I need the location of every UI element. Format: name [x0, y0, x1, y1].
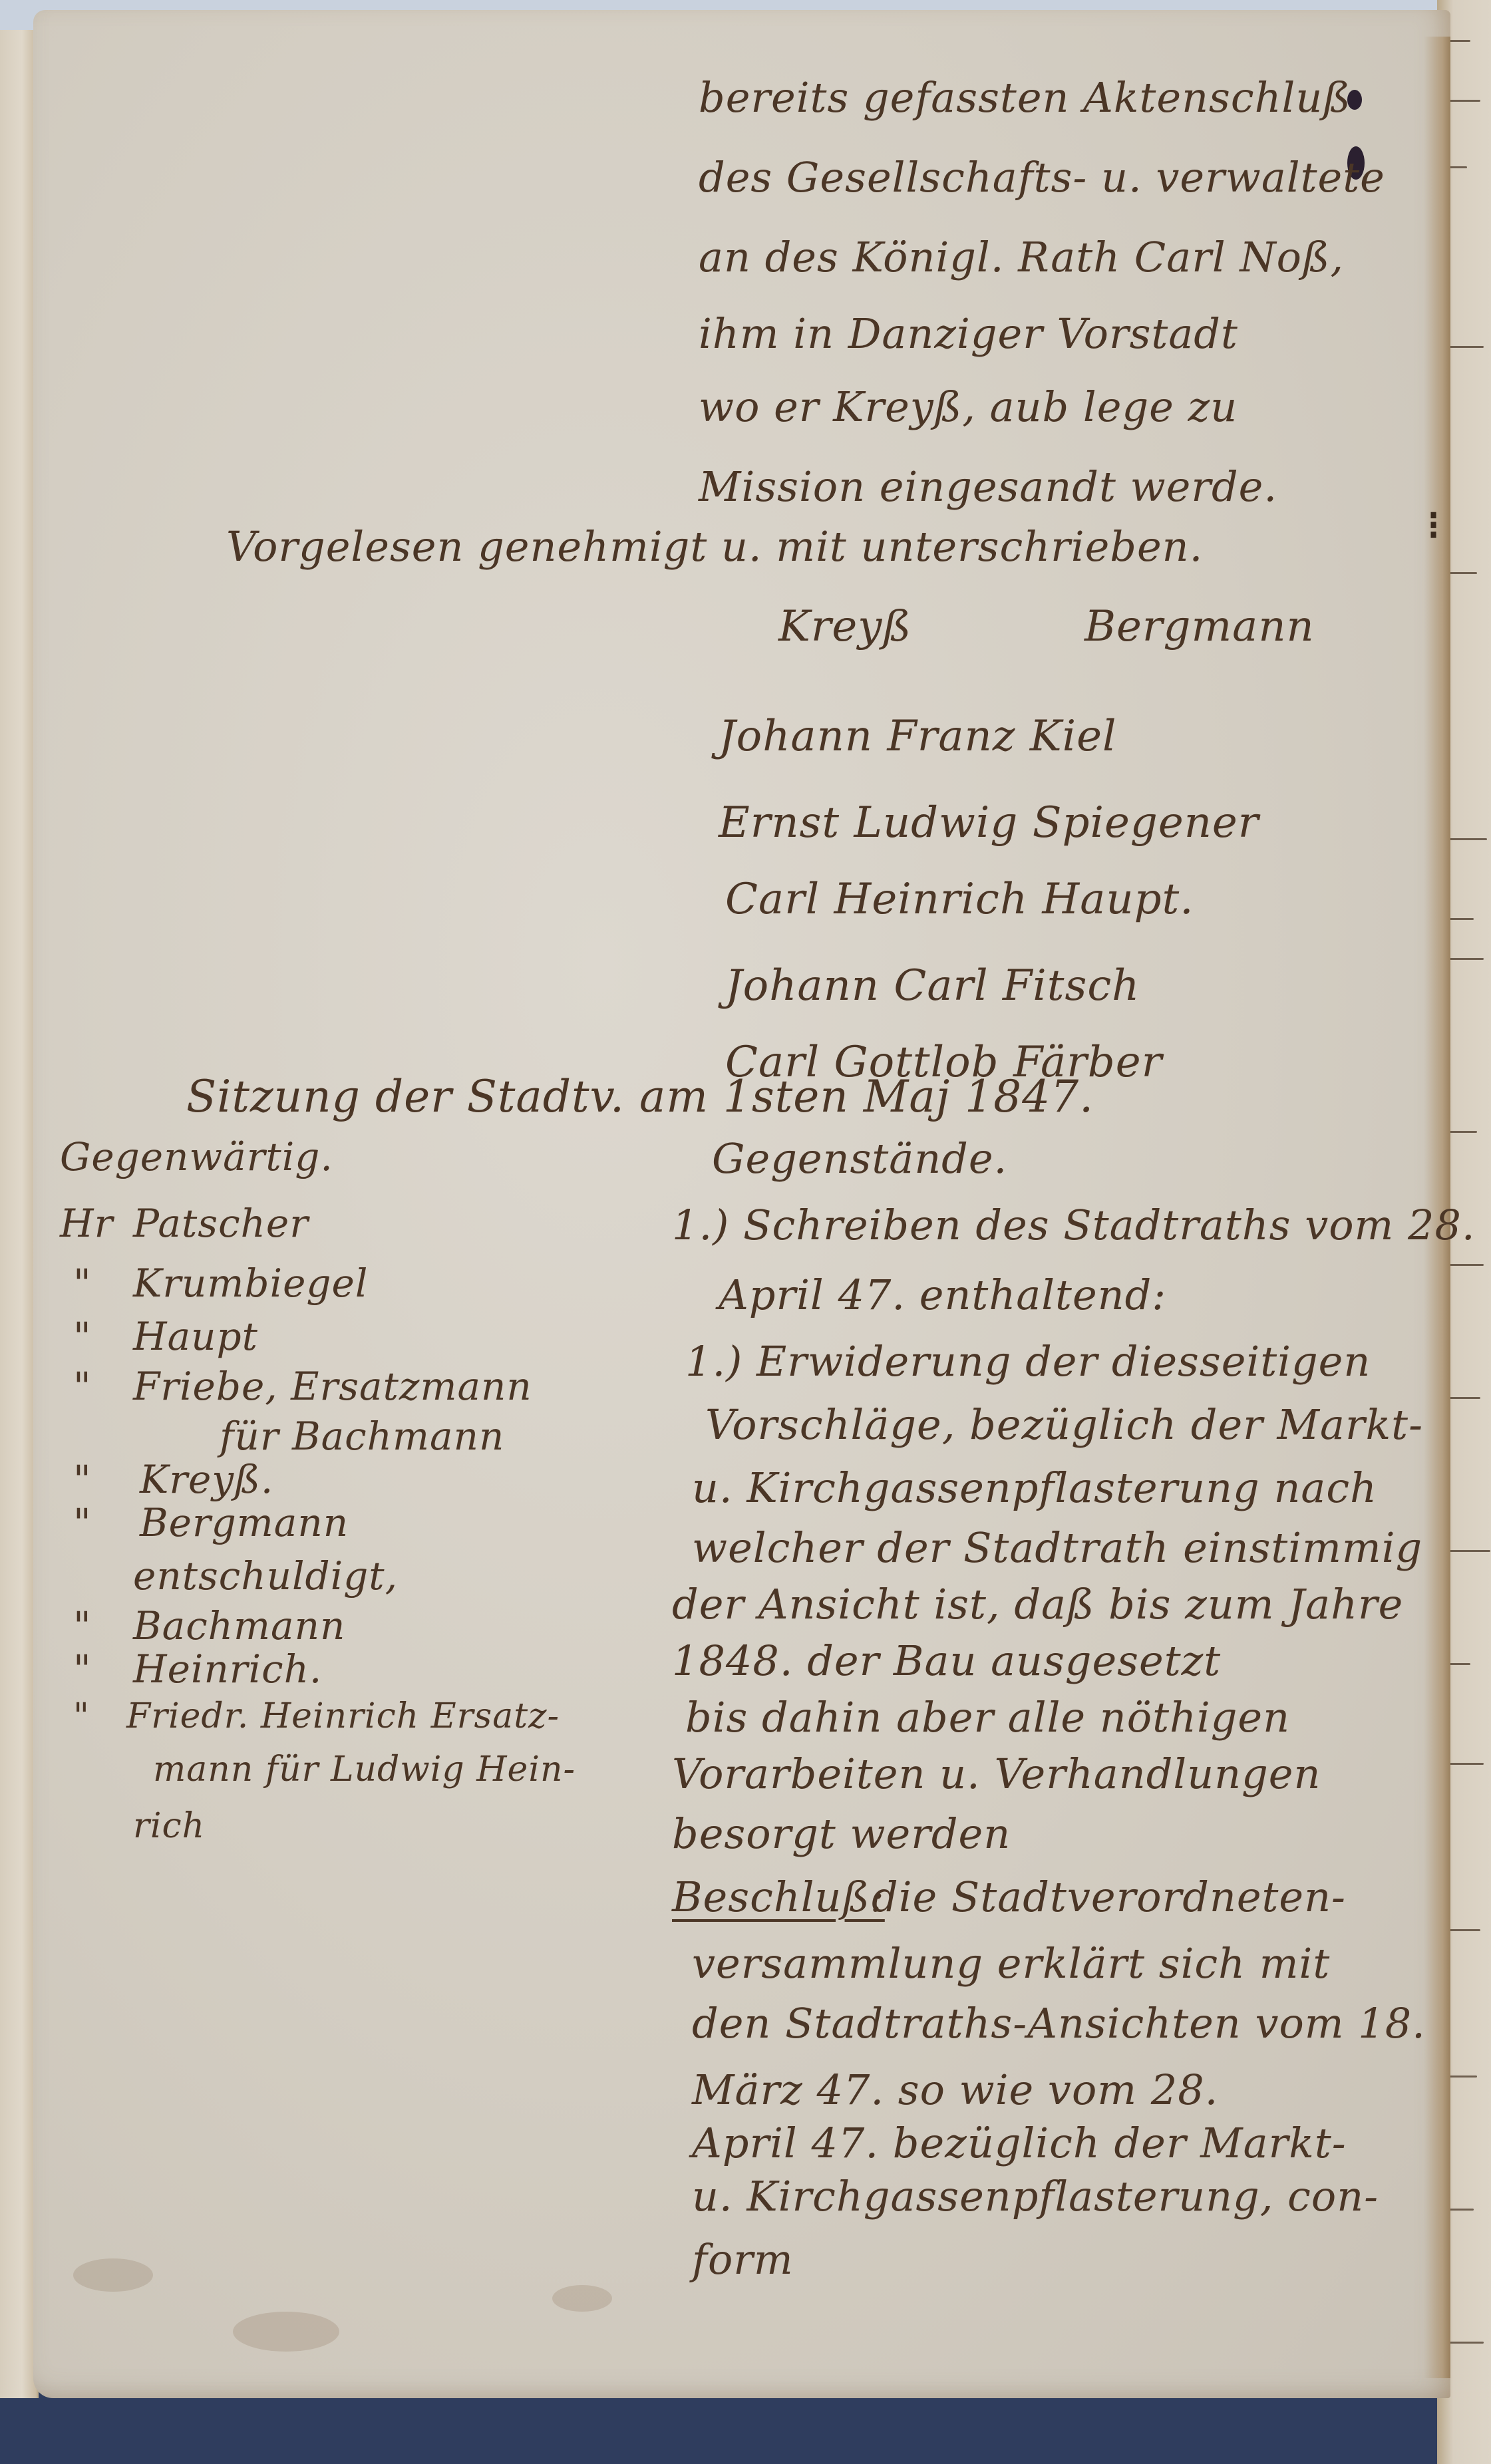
- margin-dots: ⁝: [1427, 502, 1440, 549]
- ink-stain: [73, 2258, 153, 2292]
- agenda-line: Vorschläge, bezüglich der Markt-: [705, 1400, 1423, 1449]
- signature: Kreyß: [778, 602, 911, 651]
- ink-stain: [233, 2312, 339, 2352]
- attendance-prefix: ": [73, 1696, 90, 1736]
- attendance-member: Kreyß.: [140, 1457, 273, 1502]
- attendance-member: Friebe, Ersatzmann: [133, 1364, 532, 1409]
- attendance-member: entschuldigt,: [133, 1553, 398, 1599]
- resolution-label: Beschluß:: [672, 1873, 885, 1921]
- text-line: bereits gefassten Aktenschluß: [699, 73, 1351, 122]
- resolution-line: die Stadtverordneten-: [872, 1873, 1346, 1921]
- attendance-member: Friedr. Heinrich Ersatz-: [126, 1696, 560, 1736]
- signature: Johann Franz Kiel: [719, 712, 1116, 761]
- resolution-line: April 47. bezüglich der Markt-: [692, 2119, 1347, 2167]
- attendance-member: Bergmann: [140, 1500, 349, 1545]
- manuscript-page: bereits gefassten Aktenschluß des Gesell…: [33, 10, 1450, 2398]
- text-line: des Gesellschafts- u. verwaltete: [699, 153, 1385, 202]
- attendance-member: rich: [133, 1806, 205, 1846]
- agenda-line: 1.) Erwiderung der diesseitigen: [685, 1337, 1371, 1386]
- agenda-line: 1.) Schreiben des Stadtraths vom 28.: [672, 1201, 1476, 1249]
- attendance-title: Gegenwärtig.: [60, 1134, 333, 1179]
- resolution-line: form: [692, 2235, 794, 2284]
- agenda-line: 1848. der Bau ausgesetzt: [672, 1636, 1221, 1685]
- resolution-line: u. Kirchgassenpflasterung, con-: [692, 2172, 1379, 2221]
- attendance-prefix: ": [73, 1261, 92, 1306]
- resolution-line: den Stadtraths-Ansichten vom 18.: [692, 1999, 1426, 2048]
- agenda-line: welcher der Stadtrath einstimmig: [692, 1523, 1422, 1572]
- attendance-member: Haupt: [133, 1314, 258, 1359]
- attendance-member: Krumbiegel: [133, 1261, 368, 1306]
- agenda-line: besorgt werden: [672, 1809, 1011, 1858]
- ink-stain: [552, 2285, 612, 2312]
- signature: Ernst Ludwig Spiegener: [719, 798, 1259, 847]
- text-line: Vorgelesen genehmigt u. mit unterschrieb…: [226, 522, 1203, 571]
- text-line: ihm in Danziger Vorstadt: [699, 309, 1238, 358]
- text-line: wo er Kreyß, aub lege zu: [699, 383, 1238, 431]
- agenda-line: u. Kirchgassenpflasterung nach: [692, 1463, 1377, 1512]
- attendance-prefix: ": [73, 1457, 92, 1502]
- attendance-member: mann für Ludwig Hein-: [153, 1750, 576, 1789]
- text-line: Mission eingesandt werde.: [699, 462, 1277, 511]
- attendance-prefix: ": [73, 1603, 92, 1648]
- attendance-prefix: ": [73, 1314, 92, 1359]
- attendance-member: für Bachmann: [220, 1414, 504, 1459]
- attendance-member: Bachmann: [133, 1603, 345, 1648]
- attendance-prefix: ": [73, 1646, 92, 1692]
- agenda-title: Gegenstände.: [712, 1134, 1007, 1183]
- agenda-line: bis dahin aber alle nöthigen: [685, 1693, 1290, 1742]
- agenda-line: der Ansicht ist, daß bis zum Jahre: [672, 1580, 1403, 1628]
- signature: Johann Carl Fitsch: [725, 961, 1140, 1010]
- signature: Carl Heinrich Haupt.: [725, 875, 1194, 924]
- resolution-line: März 47. so wie vom 28.: [692, 2066, 1218, 2114]
- attendance-member: Patscher: [133, 1201, 309, 1246]
- attendance-prefix: Hr: [60, 1201, 113, 1246]
- agenda-line: April 47. enthaltend:: [719, 1271, 1166, 1319]
- agenda-line: Vorarbeiten u. Verhandlungen: [672, 1750, 1321, 1798]
- attendance-prefix: ": [73, 1500, 92, 1545]
- resolution-line: versammlung erklärt sich mit: [692, 1939, 1330, 1988]
- session-header: Sitzung der Stadtv. am 1sten Maj 1847.: [186, 1071, 1094, 1122]
- attendance-prefix: ": [73, 1364, 92, 1409]
- attendance-member: Heinrich.: [133, 1646, 322, 1692]
- signature: Bergmann: [1084, 602, 1315, 651]
- text-line: an des Königl. Rath Carl Noß,: [699, 233, 1344, 281]
